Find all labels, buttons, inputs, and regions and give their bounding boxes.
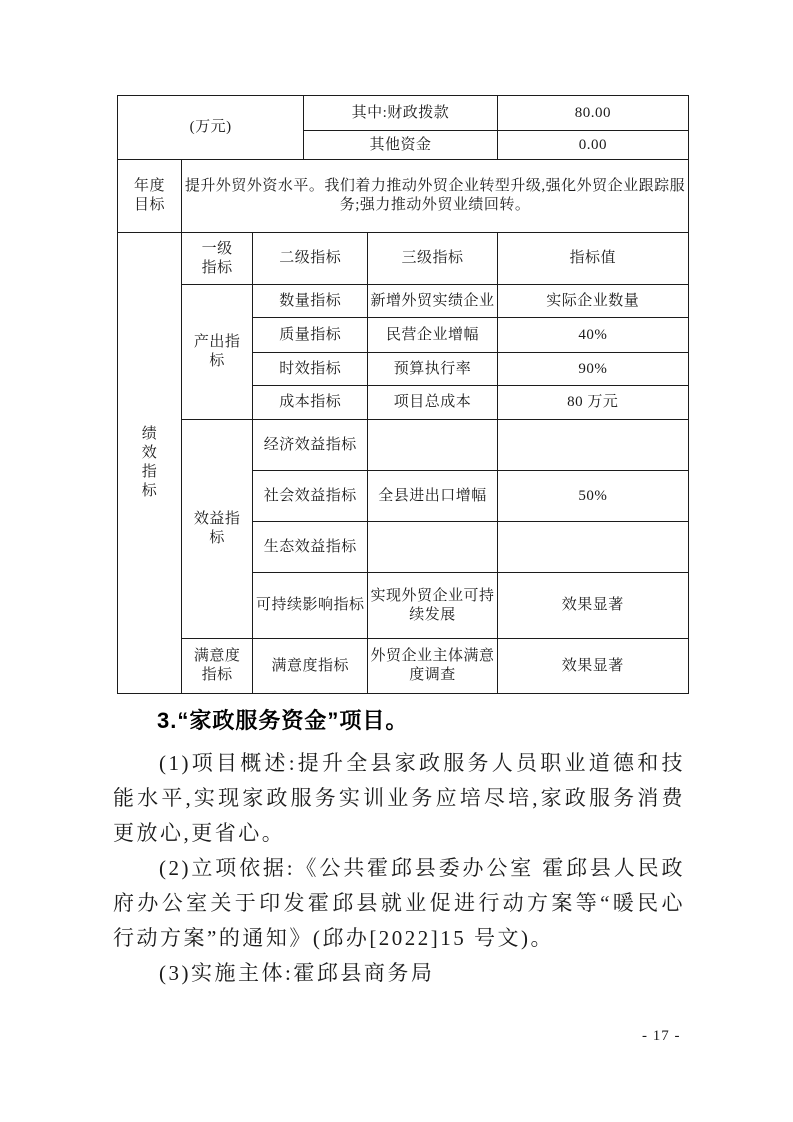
indicator-value: 效果显著 [497,573,688,639]
indicator-l3 [368,522,497,573]
header-level3: 三级指标 [368,233,497,285]
group-satisfaction-label: 满意度指标 [192,647,242,685]
indicator-l2: 质量指标 [253,318,368,353]
indicator-l3: 预算执行率 [368,353,497,386]
body-text: 3.“家政服务资金”项目。 (1)项目概述:提升全县家政服务人员职业道德和技能水… [113,701,685,991]
indicator-l3: 民营企业增幅 [368,318,497,353]
group-satisfaction-cell: 满意度指标 [182,639,253,694]
indicator-value: 90% [497,353,688,386]
group-benefit-label: 效益指标 [192,510,242,548]
indicator-l3 [368,420,497,471]
annual-goal-label: 年度目标 [133,177,167,215]
annual-goal-text: 提升外贸外资水平。我们着力推动外贸企业转型升级,强化外贸企业跟踪服务;强力推动外… [182,160,689,233]
indicator-value [497,522,688,573]
group-output-cell: 产出指标 [182,285,253,420]
header-level1: 一级指标 [200,240,234,278]
funding-label-other: 其他资金 [304,131,497,160]
funding-unit-label: (万元) [120,118,301,137]
page-number: - 17 - [642,1028,681,1045]
table-row: 年度目标 提升外贸外资水平。我们着力推动外贸企业转型升级,强化外贸企业跟踪服务;… [118,160,689,233]
indicator-l3: 外贸企业主体满意度调查 [368,639,497,694]
annual-goal-label-cell: 年度目标 [118,160,182,233]
header-level1-cell: 一级指标 [182,233,253,285]
table-header-row: 绩效指标 一级指标 二级指标 三级指标 指标值 [118,233,689,285]
paragraph-project-overview: (1)项目概述:提升全县家政服务人员职业道德和技能水平,实现家政服务实训业务应培… [113,746,685,851]
indicator-value: 实际企业数量 [497,285,688,318]
section-heading: 3.“家政服务资金”项目。 [113,701,685,741]
indicator-l2: 经济效益指标 [253,420,368,471]
indicator-l3: 全县进出口增幅 [368,471,497,522]
header-value: 指标值 [497,233,688,285]
paragraph-implementing-body: (3)实施主体:霍邱县商务局 [113,956,685,991]
group-output-label: 产出指标 [192,333,242,371]
indicator-l2: 社会效益指标 [253,471,368,522]
performance-indicator-table: (万元) 其中:财政拨款 80.00 其他资金 0.00 年度目标 提升外贸外资… [117,95,689,694]
header-level2: 二级指标 [253,233,368,285]
table-row: (万元) 其中:财政拨款 80.00 [118,96,689,131]
indicator-l2: 满意度指标 [253,639,368,694]
indicator-value: 效果显著 [497,639,688,694]
table-row: 满意度指标 满意度指标 外贸企业主体满意度调查 效果显著 [118,639,689,694]
indicators-side-cell: 绩效指标 [118,233,182,694]
indicator-l3: 实现外贸企业可持续发展 [368,573,497,639]
indicator-l3: 新增外贸实绩企业 [368,285,497,318]
indicator-l2: 生态效益指标 [253,522,368,573]
indicator-value: 40% [497,318,688,353]
paragraph-project-basis: (2)立项依据:《公共霍邱县委办公室 霍邱县人民政府办公室关于印发霍邱县就业促进… [113,851,685,956]
table-row: 产出指标 数量指标 新增外贸实绩企业 实际企业数量 [118,285,689,318]
group-benefit-cell: 效益指标 [182,420,253,639]
indicator-l2: 可持续影响指标 [253,573,368,639]
indicator-value: 50% [497,471,688,522]
indicator-l3: 项目总成本 [368,386,497,420]
funding-unit-cell: (万元) [118,96,304,160]
indicator-value: 80 万元 [497,386,688,420]
indicator-value [497,420,688,471]
funding-value-other: 0.00 [497,131,688,160]
document-page: (万元) 其中:财政拨款 80.00 其他资金 0.00 年度目标 提升外贸外资… [0,0,793,1122]
funding-value-fiscal: 80.00 [497,96,688,131]
table-row: 效益指标 经济效益指标 [118,420,689,471]
indicators-side-label: 绩效指标 [141,425,158,501]
indicator-l2: 时效指标 [253,353,368,386]
indicator-l2: 数量指标 [253,285,368,318]
indicator-l2: 成本指标 [253,386,368,420]
funding-label-fiscal: 其中:财政拨款 [304,96,497,131]
